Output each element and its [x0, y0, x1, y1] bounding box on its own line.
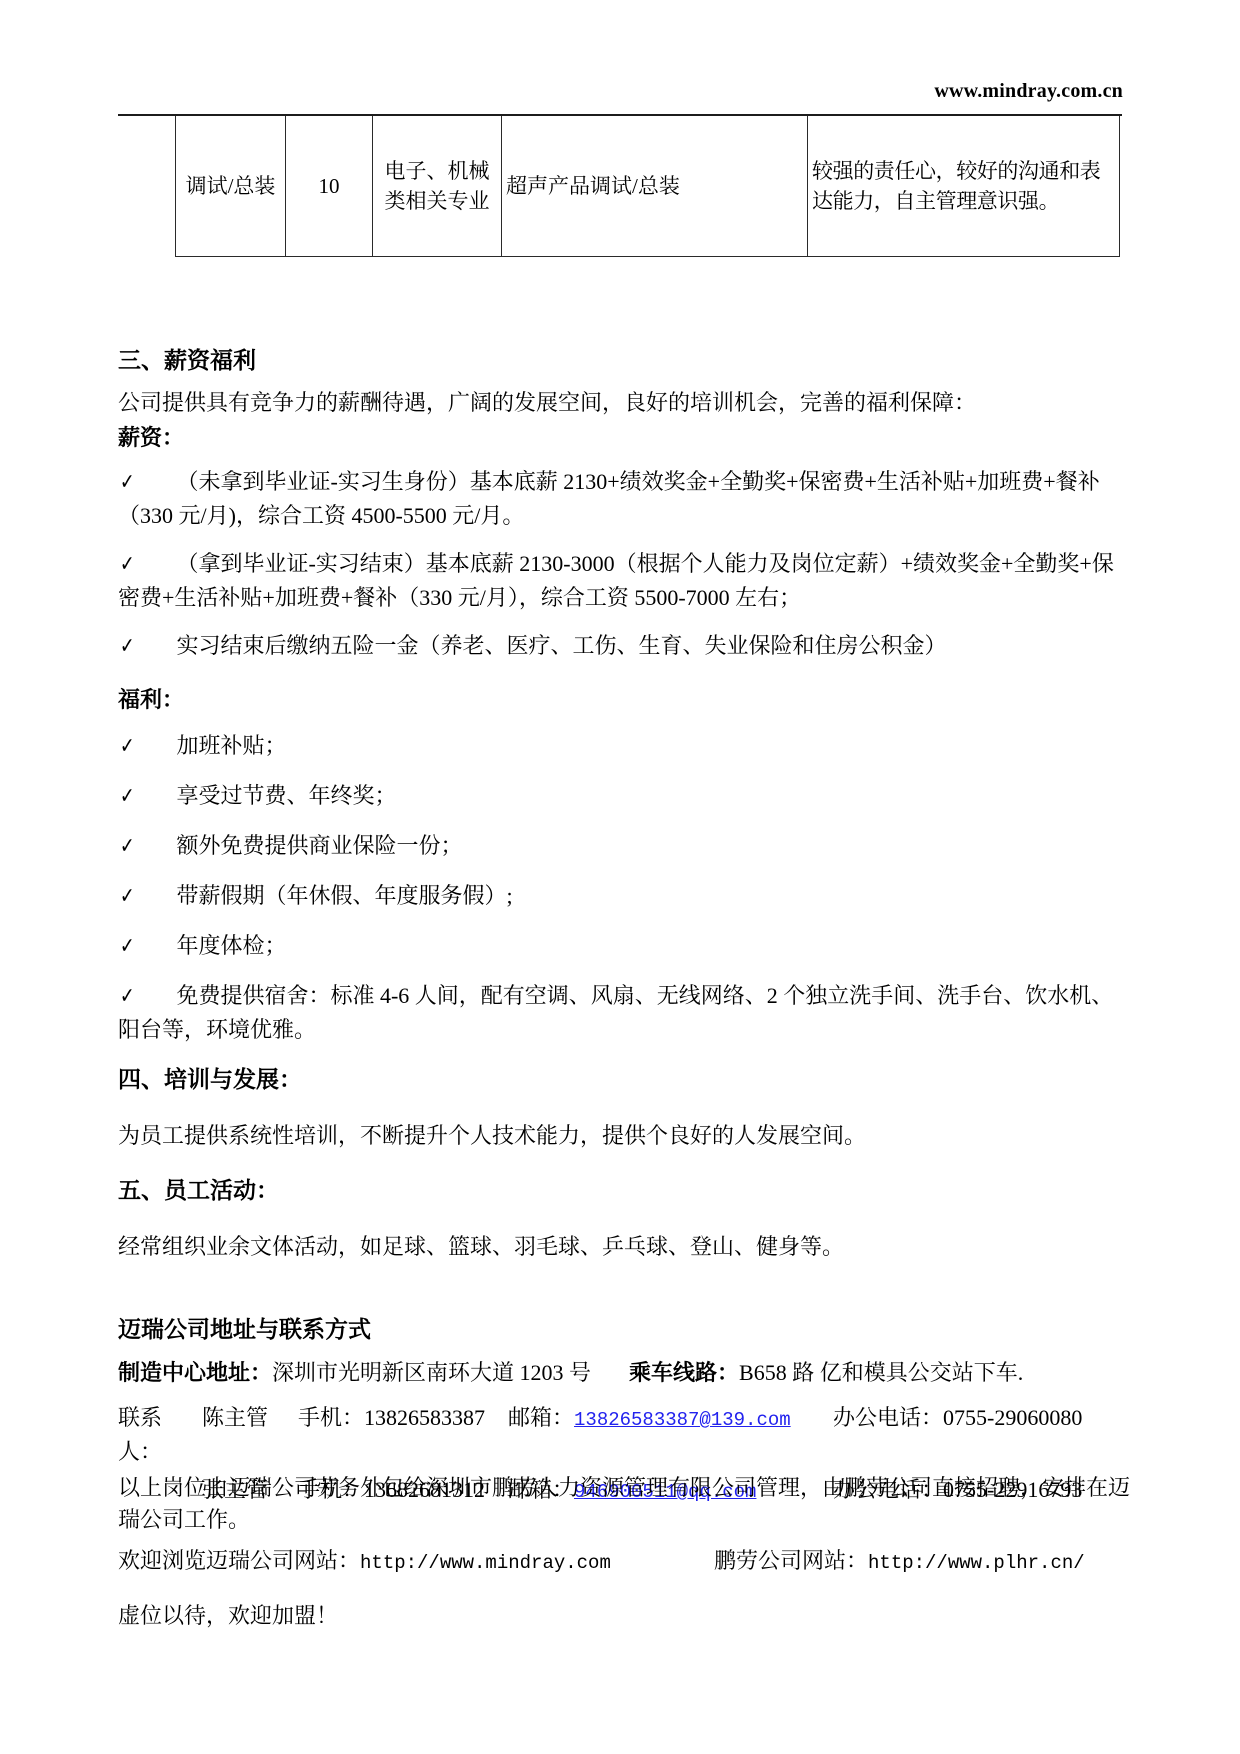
office-label: 办公电话： [833, 1405, 943, 1430]
section-title-salary-welfare: 三、薪资福利 [118, 344, 1134, 378]
positions-table: 调试/总装 10 电子、机械类相关专业 超声产品调试/总装 较强的责任心，较好的… [175, 116, 1120, 257]
list-item-text: （未拿到毕业证-实习生身份）基本底薪 2130+绩效奖金+全勤奖+保密费+生活补… [118, 469, 1100, 528]
list-item-text: 享受过节费、年终奖； [176, 783, 396, 808]
address-value: 深圳市光明新区南环大道 1203 号 [272, 1360, 591, 1385]
headcount-cell: 10 [286, 116, 373, 257]
welfare-label: 福利： [118, 683, 1134, 717]
salary-label: 薪资： [118, 421, 1134, 455]
contact-office: 办公电话：0755-29060080 [833, 1401, 1134, 1469]
list-item: ✓年度体检； [118, 929, 1134, 963]
list-item-text: 额外免费提供商业保险一份； [176, 833, 462, 858]
list-item-text: 年度体检； [176, 933, 286, 958]
welfare-list: ✓加班补贴； ✓享受过节费、年终奖； ✓额外免费提供商业保险一份； ✓带薪假期（… [118, 729, 1134, 1063]
check-icon: ✓ [120, 729, 135, 763]
websites-line: 欢迎浏览迈瑞公司网站：http://www.mindray.com鹏劳公司网站：… [118, 1544, 1134, 1580]
list-item-text: 带薪假期（年休假、年度服务假）; [176, 883, 512, 908]
outsourcing-note: 以上岗位由迈瑞公司劳务外包给深圳市鹏劳人力资源管理有限公司管理，由鹏劳公司直接招… [118, 1472, 1134, 1536]
contact-name: 陈主管 [202, 1401, 298, 1469]
email-link[interactable]: 13826583387@139.com [574, 1409, 791, 1431]
check-icon: ✓ [120, 547, 135, 581]
mindray-site-url: http://www.mindray.com [360, 1552, 611, 1574]
contact-prefix: 联系人： [118, 1401, 202, 1469]
contact-phone: 手机：13826583387 [298, 1401, 508, 1469]
requirements-cell: 较强的责任心，较好的沟通和表达能力，自主管理意识强。 [808, 116, 1120, 257]
bus-route-value: B658 路 亿和模具公交站下车. [739, 1360, 1023, 1385]
plhr-site-segment: 鹏劳公司网站：http://www.plhr.cn/ [714, 1548, 1085, 1573]
check-icon: ✓ [120, 829, 135, 863]
position-cell: 调试/总装 [176, 116, 286, 257]
list-item-text: 实习结束后缴纳五险一金（养老、医疗、工伤、生育、失业保险和住房公积金） [176, 633, 946, 658]
list-item-text: 免费提供宿舍：标准 4-6 人间，配有空调、风扇、无线网络、2 个独立洗手间、洗… [118, 983, 1113, 1042]
list-item: ✓享受过节费、年终奖； [118, 779, 1134, 813]
phone-label: 手机： [298, 1405, 364, 1430]
list-item: ✓额外免费提供商业保险一份； [118, 829, 1134, 863]
salary-intro: 公司提供具有竞争力的薪酬待遇，广阔的发展空间，良好的培训机会，完善的福利保障： [118, 386, 1134, 420]
list-item-text: 加班补贴； [176, 733, 286, 758]
check-icon: ✓ [120, 779, 135, 813]
check-icon: ✓ [120, 629, 135, 663]
contact-title: 迈瑞公司地址与联系方式 [118, 1313, 1134, 1347]
check-icon: ✓ [120, 879, 135, 913]
check-icon: ✓ [120, 929, 135, 963]
mindray-site-segment: 欢迎浏览迈瑞公司网站：http://www.mindray.com [118, 1544, 714, 1580]
office-value: 0755-29060080 [943, 1405, 1082, 1430]
list-item: ✓（未拿到毕业证-实习生身份）基本底薪 2130+绩效奖金+全勤奖+保密费+生活… [118, 465, 1134, 533]
plhr-site-url: http://www.plhr.cn/ [868, 1552, 1085, 1574]
duty-cell: 超声产品调试/总装 [502, 116, 808, 257]
check-icon: ✓ [120, 465, 135, 499]
activities-body: 经常组织业余文体活动，如足球、篮球、羽毛球、乒乓球、登山、健身等。 [118, 1230, 1134, 1264]
closing-line: 虚位以待，欢迎加盟！ [118, 1599, 1134, 1633]
contact-email: 邮箱：13826583387@139.com [508, 1401, 833, 1469]
check-icon: ✓ [120, 979, 135, 1013]
salary-list: ✓（未拿到毕业证-实习生身份）基本底薪 2130+绩效奖金+全勤奖+保密费+生活… [118, 465, 1134, 677]
list-item: ✓加班补贴； [118, 729, 1134, 763]
email-label: 邮箱： [508, 1405, 574, 1430]
mindray-site-label: 欢迎浏览迈瑞公司网站： [118, 1548, 360, 1573]
bus-route-label: 乘车线路： [629, 1360, 739, 1385]
section-title-activities: 五、员工活动： [118, 1174, 1134, 1208]
document-page: www.mindray.com.cn 调试/总装 10 电子、机械类相关专业 超… [0, 0, 1240, 1754]
list-item: ✓实习结束后缴纳五险一金（养老、医疗、工伤、生育、失业保险和住房公积金） [118, 629, 1134, 663]
major-cell: 电子、机械类相关专业 [373, 116, 502, 257]
list-item: ✓免费提供宿舍：标准 4-6 人间，配有空调、风扇、无线网络、2 个独立洗手间、… [118, 979, 1134, 1047]
address-label: 制造中心地址： [118, 1360, 272, 1385]
list-item: ✓（拿到毕业证-实习结束）基本底薪 2130-3000（根据个人能力及岗位定薪）… [118, 547, 1134, 615]
phone-value: 13826583387 [364, 1405, 485, 1430]
list-item-text: （拿到毕业证-实习结束）基本底薪 2130-3000（根据个人能力及岗位定薪）+… [118, 551, 1114, 610]
table-row: 调试/总装 10 电子、机械类相关专业 超声产品调试/总装 较强的责任心，较好的… [176, 116, 1120, 257]
contact-row: 联系人： 陈主管 手机：13826583387 邮箱：13826583387@1… [118, 1401, 1134, 1469]
list-item: ✓带薪假期（年休假、年度服务假）; [118, 879, 1134, 913]
site-url: www.mindray.com.cn [934, 74, 1123, 108]
plhr-site-label: 鹏劳公司网站： [714, 1548, 868, 1573]
address-line: 制造中心地址：深圳市光明新区南环大道 1203 号乘车线路：B658 路 亿和模… [118, 1356, 1134, 1390]
section-title-training: 四、培训与发展： [118, 1063, 1134, 1097]
training-body: 为员工提供系统性培训，不断提升个人技术能力，提供个良好的人发展空间。 [118, 1119, 1134, 1153]
